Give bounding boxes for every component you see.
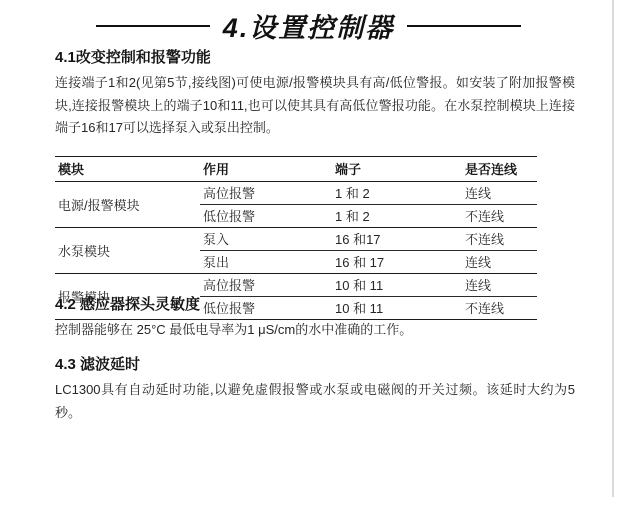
- terminals-cell: 10 和 11: [332, 274, 462, 297]
- section-4-2-body: 控制器能够在 25°C 最低电导率为1 μS/cm的水中准确的工作。: [55, 319, 575, 342]
- chapter-header: 4.设置控制器: [0, 6, 617, 45]
- table-header-function: 作用: [200, 157, 332, 182]
- title-rule-left: [96, 25, 210, 27]
- terminals-cell: 1 和 2: [332, 182, 462, 205]
- wired-cell: 不连线: [462, 228, 537, 251]
- terminals-cell: 1 和 2: [332, 205, 462, 228]
- section-4-2: 4.2 感应器探头灵敏度 控制器能够在 25°C 最低电导率为1 μS/cm的水…: [55, 296, 575, 342]
- section-4-3-heading: 4.3 滤波延时: [55, 356, 575, 374]
- wired-cell: 连线: [462, 251, 537, 274]
- chapter-title: 4.设置控制器: [223, 6, 395, 45]
- table-header-wired: 是否连线: [462, 157, 537, 182]
- section-4-1-body: 连接端子1和2(见第5节,接线图)可使电源/报警模块具有高/低位警报。如安装了附…: [55, 72, 575, 140]
- table-header-row: 模块 作用 端子 是否连线: [55, 157, 537, 182]
- table-row: 报警模块高位报警10 和 11连线: [55, 274, 537, 297]
- terminals-cell: 16 和 17: [332, 251, 462, 274]
- title-rule-right: [407, 25, 521, 27]
- section-4-1-heading: 4.1改变控制和报警功能: [55, 49, 575, 67]
- function-cell: 高位报警: [200, 274, 332, 297]
- table-header-terminals: 端子: [332, 157, 462, 182]
- section-4-3-body: LC1300具有自动延时功能,以避免虚假报警或水泵或电磁阀的开关过频。该延时大约…: [55, 379, 575, 424]
- section-4-1: 4.1改变控制和报警功能 连接端子1和2(见第5节,接线图)可使电源/报警模块具…: [55, 49, 575, 140]
- module-cell: 水泵模块: [55, 228, 200, 274]
- terminals-cell: 16 和17: [332, 228, 462, 251]
- function-cell: 高位报警: [200, 182, 332, 205]
- function-cell: 泵出: [200, 251, 332, 274]
- table-row: 电源/报警模块高位报警1 和 2连线: [55, 182, 537, 205]
- module-cell: 电源/报警模块: [55, 182, 200, 228]
- section-4-3: 4.3 滤波延时 LC1300具有自动延时功能,以避免虚假报警或水泵或电磁阀的开…: [55, 356, 575, 424]
- function-cell: 低位报警: [200, 205, 332, 228]
- page-edge-line: [612, 0, 614, 497]
- table-row: 水泵模块泵入16 和17不连线: [55, 228, 537, 251]
- section-4-2-heading: 4.2 感应器探头灵敏度: [55, 296, 575, 314]
- function-cell: 泵入: [200, 228, 332, 251]
- wired-cell: 不连线: [462, 205, 537, 228]
- table-header-module: 模块: [55, 157, 200, 182]
- wired-cell: 连线: [462, 274, 537, 297]
- wired-cell: 连线: [462, 182, 537, 205]
- document-page: 4.设置控制器 4.1改变控制和报警功能 连接端子1和2(见第5节,接线图)可使…: [0, 0, 617, 527]
